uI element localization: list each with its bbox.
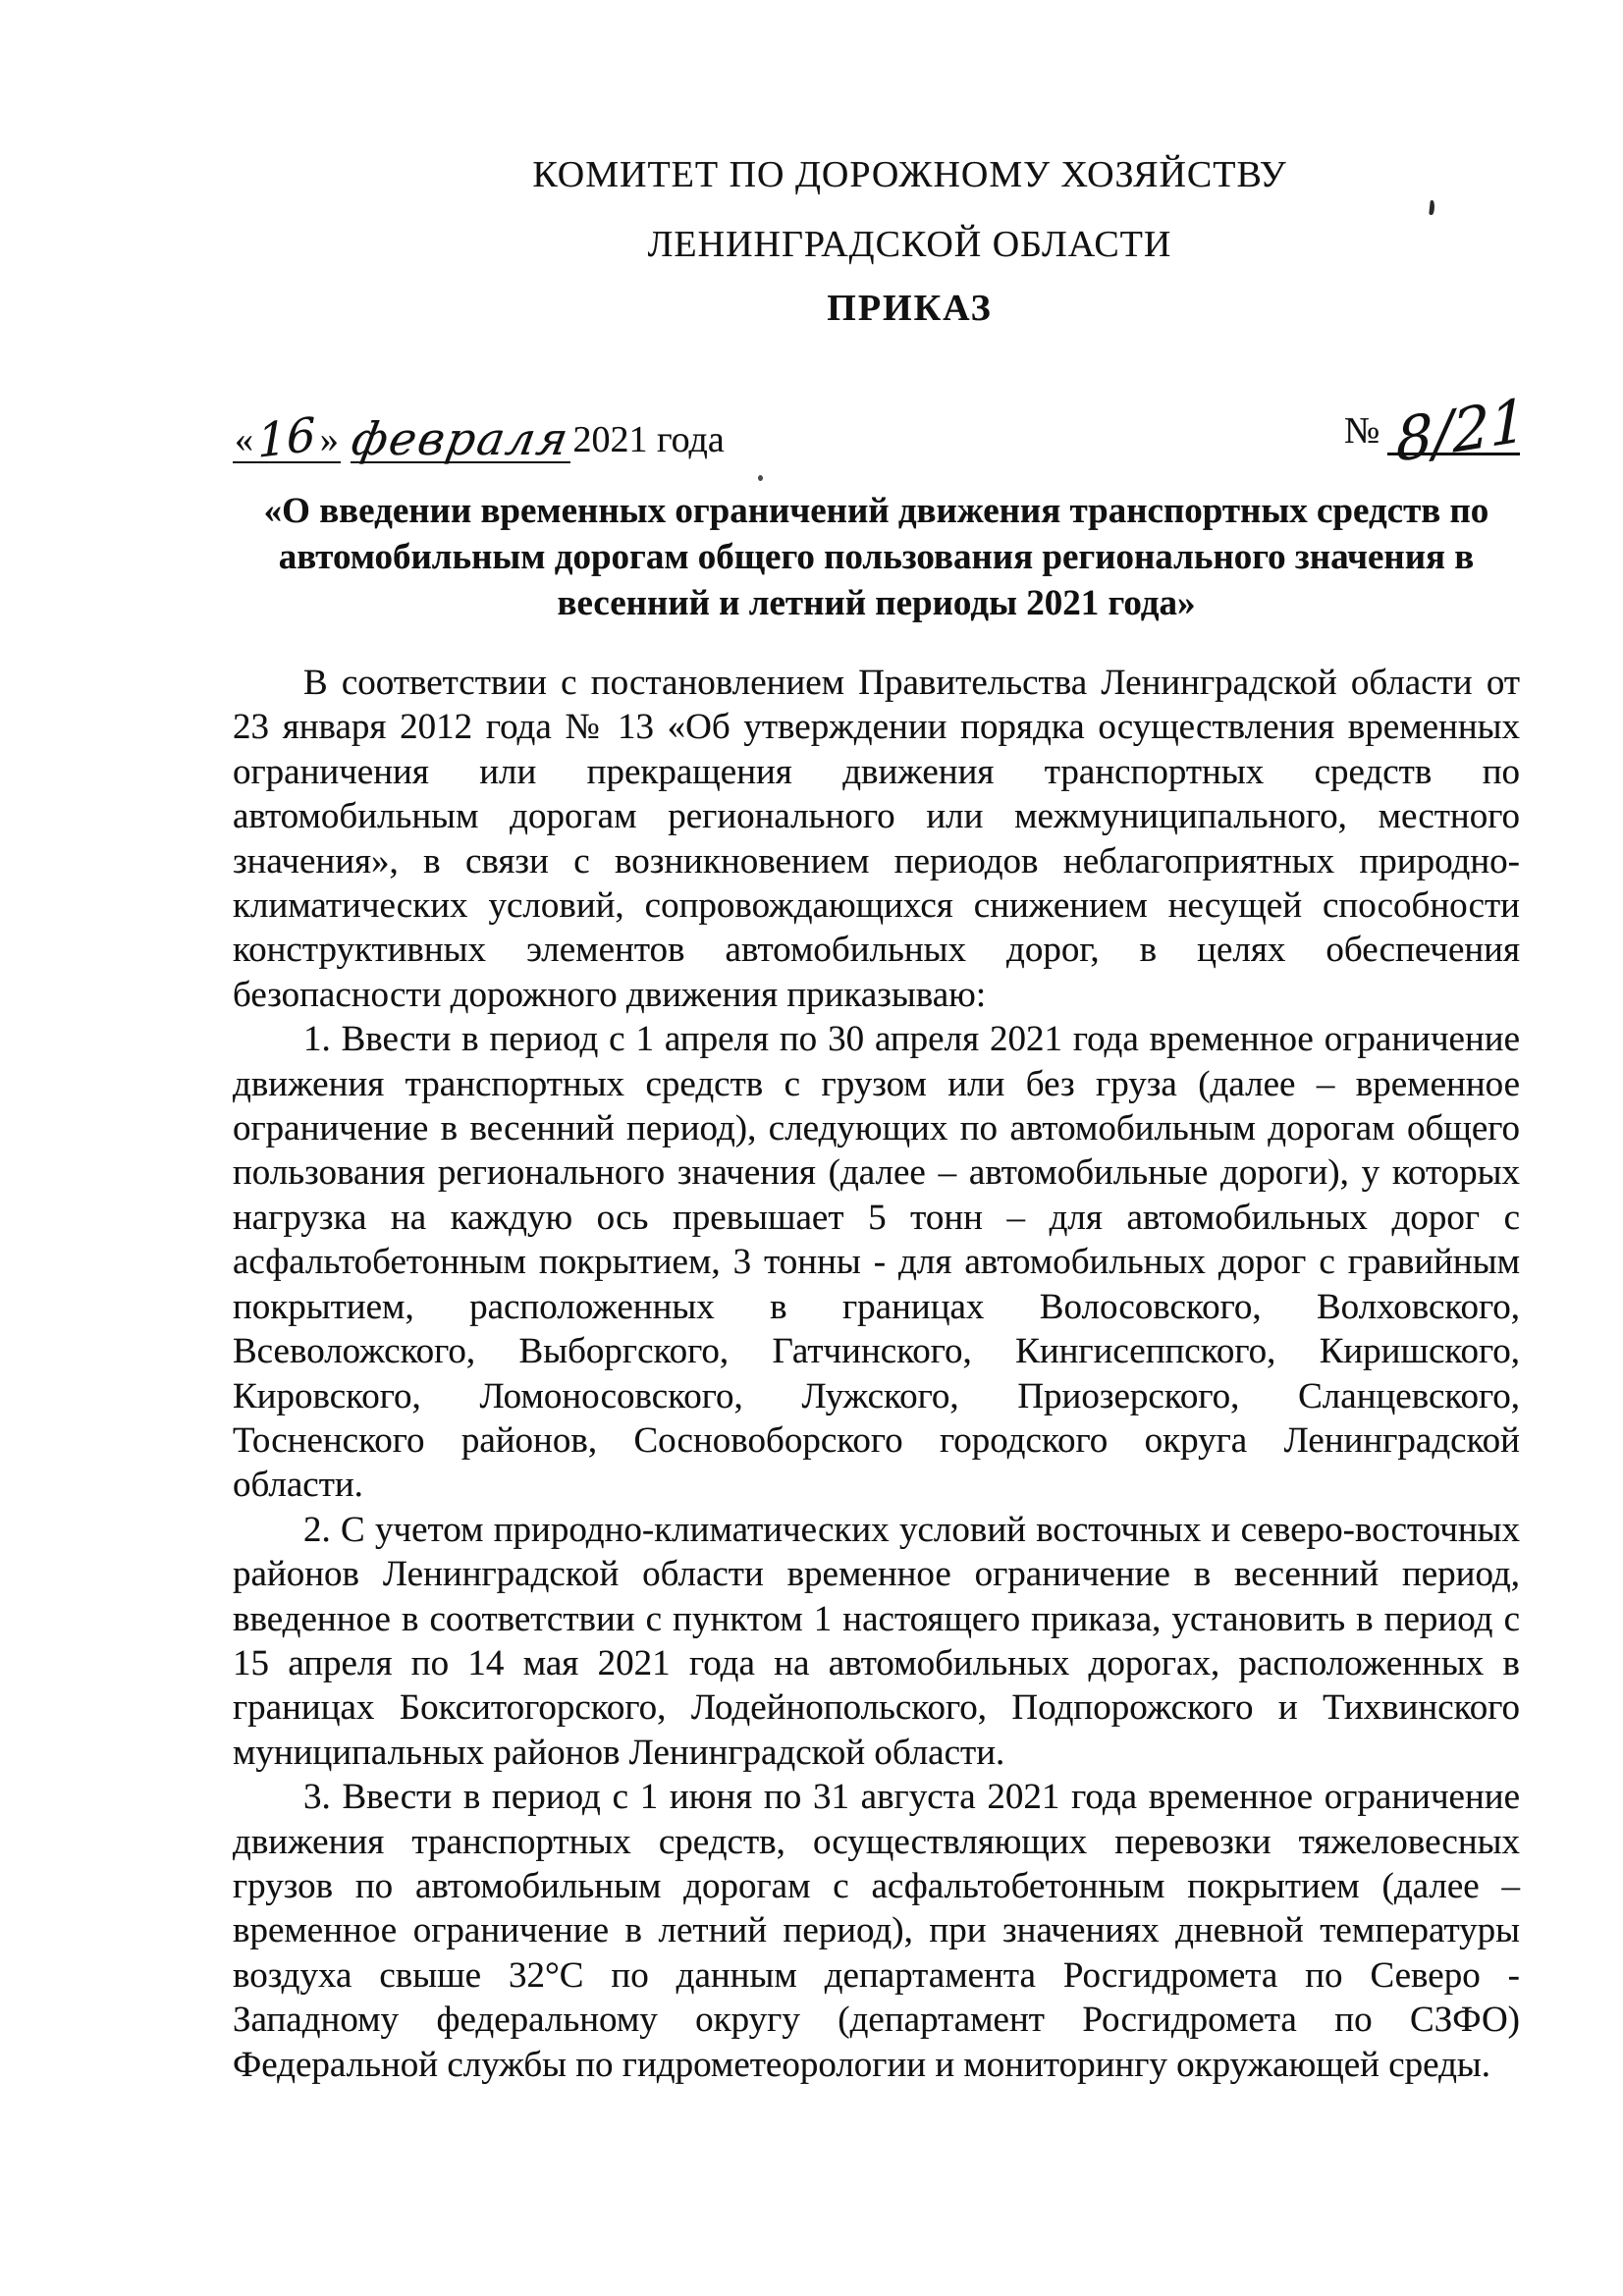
- handwritten-day: 16: [253, 418, 320, 459]
- doc-type-heading: ПРИКАЗ: [0, 286, 1623, 331]
- preamble-paragraph: В соответствии с постановлением Правител…: [233, 661, 1520, 1017]
- order-item-2: 2. С учетом природно-климатических услов…: [233, 1508, 1520, 1775]
- org-name-line-1: КОМИТЕТ ПО ДОРОЖНОМУ ХОЗЯЙСТВУ: [0, 152, 1623, 197]
- document-number: №8/21: [1344, 409, 1520, 455]
- date-month-blank: февраля: [351, 418, 571, 463]
- order-title-line-3: весенний и летний периоды 2021 года»: [233, 580, 1520, 626]
- quote-open: «: [235, 419, 253, 460]
- quote-close: »: [320, 419, 339, 460]
- number-blank: 8/21: [1387, 409, 1520, 455]
- order-title-line-1: «О введении временных ограничений движен…: [233, 488, 1520, 534]
- date-number-row: «16»февраля2021 года №8/21: [233, 400, 1520, 469]
- handwritten-month: февраля: [350, 422, 572, 455]
- order-item-3: 3. Ввести в период с 1 июня по 31 август…: [233, 1775, 1520, 2087]
- handwritten-number: 8/21: [1396, 407, 1528, 454]
- date-line: «16»февраля2021 года: [233, 418, 725, 463]
- order-item-1: 1. Ввести в период с 1 апреля по 30 апре…: [233, 1017, 1520, 1507]
- date-year: 2021 года: [572, 419, 724, 460]
- date-day-blank: «16»: [233, 418, 341, 463]
- number-sign-label: №: [1344, 410, 1380, 452]
- org-name-line-2: ЛЕНИНГРАДСКОЙ ОБЛАСТИ: [0, 222, 1623, 267]
- scan-artifact-speck: [758, 475, 763, 481]
- order-title-line-2: автомобильным дорогам общего пользования…: [233, 534, 1520, 580]
- scan-artifact-speck: [1429, 200, 1435, 215]
- order-title: «О введении временных ограничений движен…: [233, 488, 1520, 626]
- document-page: КОМИТЕТ ПО ДОРОЖНОМУ ХОЗЯЙСТВУ ЛЕНИНГРАД…: [0, 0, 1623, 2296]
- order-body: В соответствии с постановлением Правител…: [233, 661, 1520, 2087]
